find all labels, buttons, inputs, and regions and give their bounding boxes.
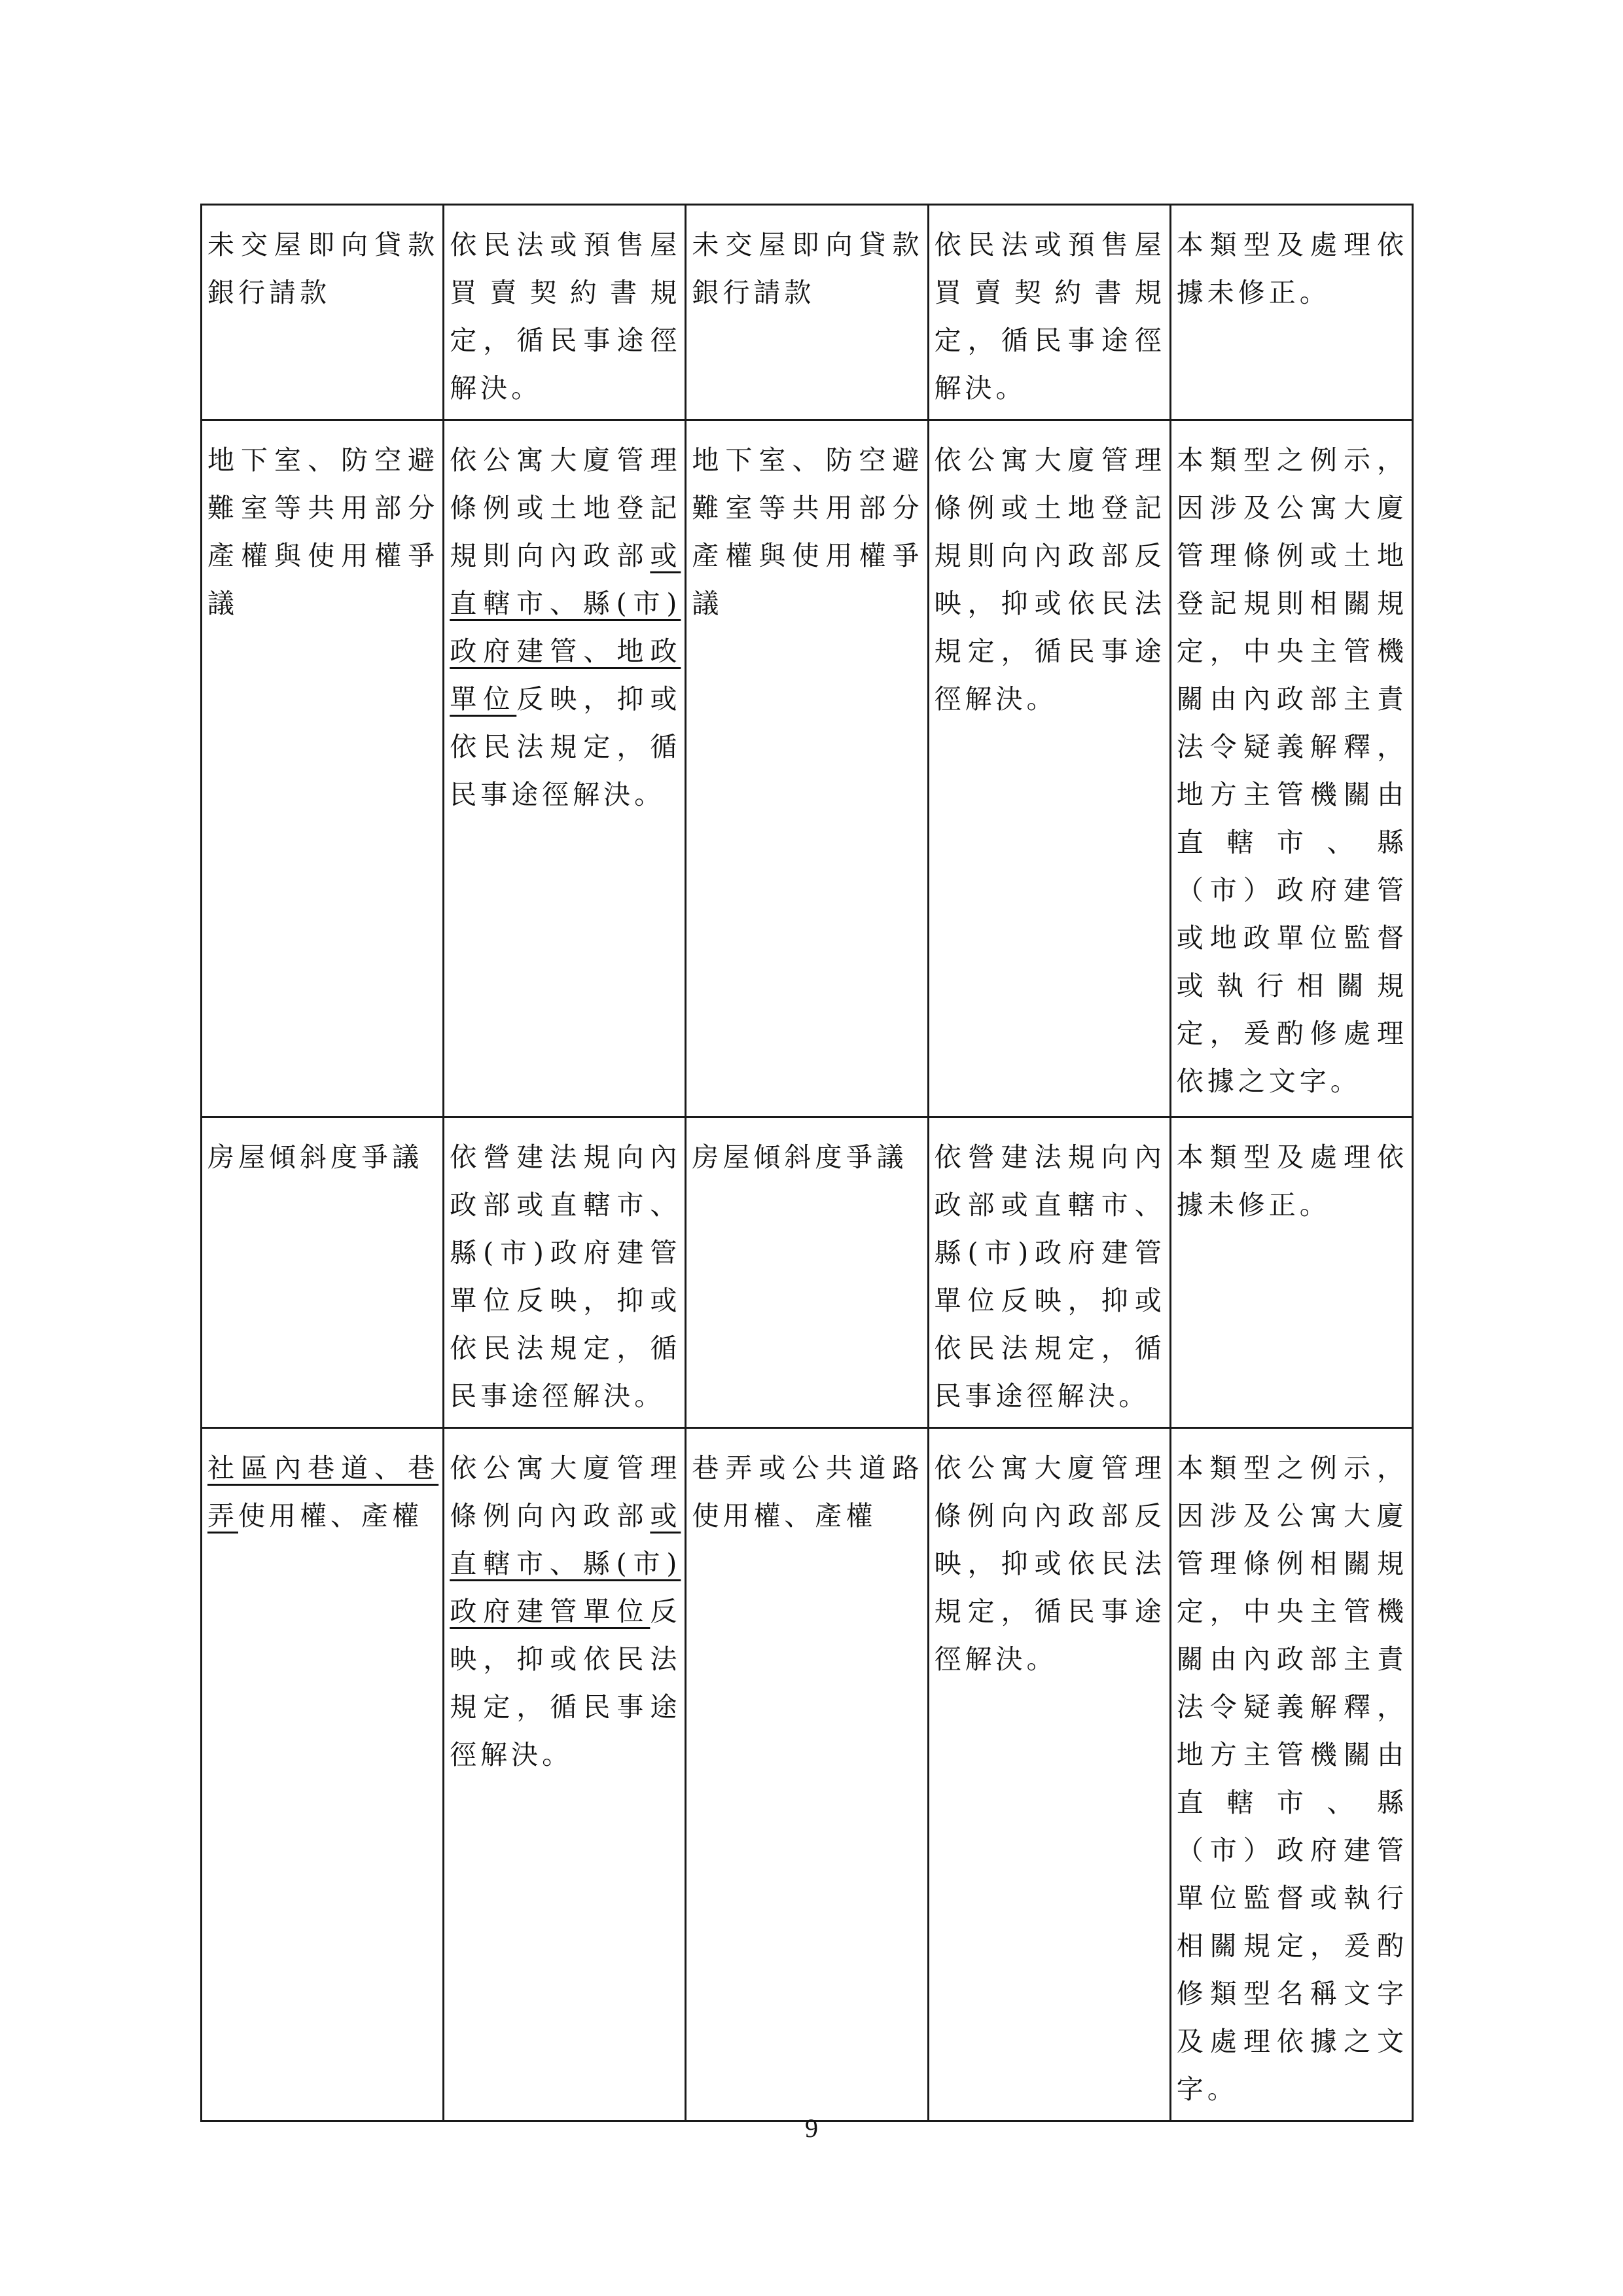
cell-text: 依公寓大廈管理條例向內政部反映，抑或依民法規定，循民事途徑解決。 [935, 1452, 1166, 1675]
cell-text: 地下室、防空避難室等共用部分產權與使用權爭議 [207, 444, 438, 619]
cell-text: 依營建法規向內政部或直轄市、縣(市)政府建管單位反映，抑或依民法規定，循民事途徑… [935, 1141, 1166, 1412]
table-cell-current-type: 房屋傾斜度爭議 [686, 1117, 928, 1428]
table-row: 地下室、防空避難室等共用部分產權與使用權爭議 依公寓大廈管理條例或土地登記規則向… [202, 420, 1413, 1117]
table-cell-amended-type: 地下室、防空避難室等共用部分產權與使用權爭議 [202, 420, 444, 1117]
cell-text: 依營建法規向內政部或直轄市、縣(市)政府建管單位反映，抑或依民法規定，循民事途徑… [450, 1141, 681, 1412]
cell-text: 房屋傾斜度爭議 [692, 1141, 907, 1173]
table-cell-explanation: 本類型及處理依據未修正。 [1170, 1117, 1412, 1428]
cell-text: 依公寓大廈管理條例或土地登記規則向內政部反映，抑或依民法規定，循民事途徑解決。 [935, 444, 1166, 715]
cell-text: 依公寓大廈管理條例向內政部 [450, 1452, 681, 1532]
table-cell-current-basis: 依公寓大廈管理條例或土地登記規則向內政部反映，抑或依民法規定，循民事途徑解決。 [928, 420, 1170, 1117]
table-cell-amended-type: 未交屋即向貸款銀行請款 [202, 205, 444, 420]
cell-text: 地下室、防空避難室等共用部分產權與使用權爭議 [692, 444, 923, 619]
table-cell-explanation: 本類型及處理依據未修正。 [1170, 205, 1412, 420]
table-row: 社區內巷道、巷弄使用權、產權 依公寓大廈管理條例向內政部或直轄市、縣(市)政府建… [202, 1428, 1413, 2121]
table-cell-amended-basis: 依民法或預售屋買賣契約書規定，循民事途徑解決。 [444, 205, 686, 420]
cell-text: 本類型及處理依據未修正。 [1177, 229, 1408, 308]
table-cell-amended-type: 社區內巷道、巷弄使用權、產權 [202, 1428, 444, 2121]
cell-text: 依公寓大廈管理條例或土地登記規則向內政部 [450, 444, 681, 571]
table-cell-current-basis: 依營建法規向內政部或直轄市、縣(市)政府建管單位反映，抑或依民法規定，循民事途徑… [928, 1117, 1170, 1428]
table-cell-current-type: 巷弄或公共道路使用權、產權 [686, 1428, 928, 2121]
table-cell-current-basis: 依公寓大廈管理條例向內政部反映，抑或依民法規定，循民事途徑解決。 [928, 1428, 1170, 2121]
cell-text: 本類型之例示，因涉及公寓大廈管理條例相關規定，中央主管機關由內政部主責法令疑義解… [1177, 1452, 1408, 2105]
page-number: 9 [0, 2113, 1623, 2144]
cell-text: 本類型之例示，因涉及公寓大廈管理條例或土地登記規則相關規定，中央主管機關由內政部… [1177, 444, 1408, 1097]
cell-text: 未交屋即向貸款銀行請款 [207, 229, 438, 308]
table-cell-current-type: 地下室、防空避難室等共用部分產權與使用權爭議 [686, 420, 928, 1117]
cell-text: 依民法或預售屋買賣契約書規定，循民事途徑解決。 [450, 229, 681, 404]
cell-text: 本類型及處理依據未修正。 [1177, 1141, 1408, 1221]
table-cell-current-type: 未交屋即向貸款銀行請款 [686, 205, 928, 420]
table-cell-explanation: 本類型之例示，因涉及公寓大廈管理條例相關規定，中央主管機關由內政部主責法令疑義解… [1170, 1428, 1412, 2121]
cell-text: 未交屋即向貸款銀行請款 [692, 229, 923, 308]
cell-text: 依民法或預售屋買賣契約書規定，循民事途徑解決。 [935, 229, 1166, 404]
table-cell-current-basis: 依民法或預售屋買賣契約書規定，循民事途徑解決。 [928, 205, 1170, 420]
table-cell-amended-basis: 依公寓大廈管理條例或土地登記規則向內政部或直轄市、縣(市)政府建管、地政單位反映… [444, 420, 686, 1117]
cell-text: 巷弄或公共道路使用權、產權 [692, 1452, 923, 1532]
table-cell-amended-type: 房屋傾斜度爭議 [202, 1117, 444, 1428]
table-cell-amended-basis: 依公寓大廈管理條例向內政部或直轄市、縣(市)政府建管單位反映，抑或依民法規定，循… [444, 1428, 686, 2121]
cell-text: 房屋傾斜度爭議 [207, 1141, 423, 1173]
comparison-table: 未交屋即向貸款銀行請款 依民法或預售屋買賣契約書規定，循民事途徑解決。 未交屋即… [200, 204, 1414, 2122]
table-row: 未交屋即向貸款銀行請款 依民法或預售屋買賣契約書規定，循民事途徑解決。 未交屋即… [202, 205, 1413, 420]
table-cell-amended-basis: 依營建法規向內政部或直轄市、縣(市)政府建管單位反映，抑或依民法規定，循民事途徑… [444, 1117, 686, 1428]
table-row: 房屋傾斜度爭議 依營建法規向內政部或直轄市、縣(市)政府建管單位反映，抑或依民法… [202, 1117, 1413, 1428]
cell-text: 使用權、產權 [238, 1500, 423, 1532]
table-cell-explanation: 本類型之例示，因涉及公寓大廈管理條例或土地登記規則相關規定，中央主管機關由內政部… [1170, 420, 1412, 1117]
